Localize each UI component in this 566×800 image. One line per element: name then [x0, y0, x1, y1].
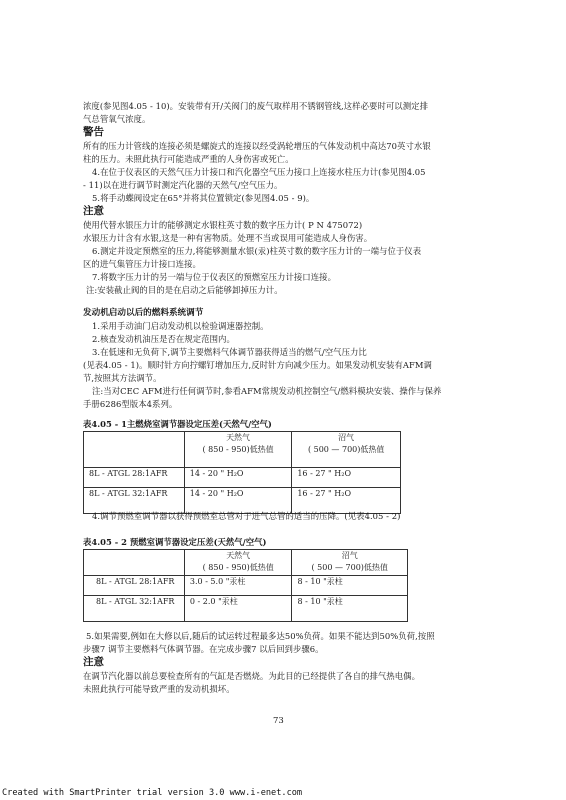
table-cell-biogas: 8 - 10 "汞柱: [292, 576, 408, 596]
header-heat-value: ( 500 — 700)低热值: [297, 444, 395, 456]
intro-line: 气总管氧气浓度。: [83, 113, 483, 125]
page-number: 73: [273, 716, 284, 726]
warning-line: 所有的压力计管线的连接必须是螺旋式的连接以经受涡轮增压的气体发动机中高达70英寸…: [83, 140, 483, 152]
table-cell-natural-gas: 3.0 - 5.0 "汞柱: [184, 576, 292, 596]
header-gas-type: 天然气: [190, 550, 287, 562]
step-line: - 11)以在进行调节时测定汽化器的天然气/空气压力。: [83, 179, 483, 191]
section-line: 注:当对CEC AFM进行任何调节时,参看AFM常规发动机控制空气/燃料模块安装…: [92, 385, 492, 397]
section-line: 手册6286型版本4系列。: [83, 398, 483, 410]
caution-line: 使用代替水银压力计的能够测定水银柱英寸数的数字压力计( P N 475072): [83, 219, 483, 231]
table1-caption: 表4.05 - 1主燃烧室调节器设定压差(天然气/空气): [83, 418, 272, 430]
table-header-cell: 沼气 ( 500 — 700)低热值: [292, 550, 408, 576]
table-header-cell: [84, 550, 185, 576]
section-line: 节,按照其方法调节。: [83, 372, 483, 384]
table-row: 8L - ATGL 28:1AFR 3.0 - 5.0 "汞柱 8 - 10 "…: [84, 576, 408, 596]
table2-caption: 表4.05 - 2 预燃室调节器设定压差(天然气/空气): [83, 536, 266, 548]
caution-line: 水银压力计含有水银,这是一种有害物质。处理不当或误用可能造成人身伤害。: [83, 232, 483, 244]
table-header-row: 天然气 ( 850 - 950)低热值 沼气 ( 500 — 700)低热值: [84, 432, 401, 468]
table-cell-model: 8L - ATGL 28:1AFR: [84, 576, 185, 596]
table-header-cell: 天然气 ( 850 - 950)低热值: [184, 550, 292, 576]
table-header-cell: 天然气 ( 850 - 950)低热值: [184, 432, 292, 468]
header-gas-type: 沼气: [297, 550, 402, 562]
section-line: 3.在低速和无负荷下,调节主要燃料气体调节器获得适当的燃气/空气压力比: [92, 346, 492, 358]
table-row: 8L - ATGL 32:1AFR 0 - 2.0 "汞柱 8 - 10 "汞柱: [84, 596, 408, 622]
note-line: 注:安装截止阀的目的是在启动之后能够卸掉压力计。: [86, 284, 486, 296]
warning-heading: 警告: [83, 126, 104, 139]
warning-line: 柱的压力。未照此执行可能造成严重的人身伤害或死亡。: [83, 153, 483, 165]
header-heat-value: ( 850 - 950)低热值: [190, 562, 287, 574]
watermark-text: Created with SmartPrinter trial version …: [2, 788, 302, 798]
caution-line: 在调节汽化器以前总要检查所有的气缸是否燃烧。为此目的已经提供了各自的排气热电偶。: [83, 670, 483, 682]
header-gas-type: 天然气: [190, 432, 287, 444]
table-cell-natural-gas: 0 - 2.0 "汞柱: [184, 596, 292, 622]
caution-heading: 注意: [83, 205, 104, 218]
step-line: 4.调节预燃室调节器以获得预燃室总管对于进气总管的适当的压降。(见表4.05 -…: [92, 510, 492, 522]
section-heading: 发动机启动以后的燃料系统调节: [83, 307, 203, 319]
header-gas-type: 沼气: [297, 432, 395, 444]
table-header-cell: 沼气 ( 500 — 700)低热值: [292, 432, 401, 468]
caution-line: 未照此执行可能导致严重的发动机损坏。: [83, 683, 483, 695]
table-header-row: 天然气 ( 850 - 950)低热值 沼气 ( 500 — 700)低热值: [84, 550, 408, 576]
step-line: 4.在位于仪表区的天然气压力计接口和汽化器空气压力接口上连接水柱压力计(参见图4…: [92, 166, 492, 178]
table-row: 8L - ATGL 28:1AFR 14 - 20 " H₂O 16 - 27 …: [84, 468, 401, 488]
table-cell-model: 8L - ATGL 32:1AFR: [84, 596, 185, 622]
caution-heading: 注意: [83, 656, 104, 669]
step-line: 区的进气集管压力计接口连接。: [83, 258, 483, 270]
section-line: 2.核查发动机油压是否在规定范围内。: [92, 333, 492, 345]
step-line: 5.如果需要,例如在大修以后,随后的试运转过程最多达50%负荷。如果不能达到50…: [86, 630, 486, 642]
table-cell-model: 8L - ATGL 28:1AFR: [84, 468, 185, 488]
step-line: 5.将手动蝶阀设定在65°并将其位置锁定(参见图4.05 - 9)。: [92, 192, 492, 204]
header-heat-value: ( 500 — 700)低热值: [297, 562, 402, 574]
step-line: 步骤7 调节主要燃料气体调节器。在完成步骤7 以后回到步骤6。: [83, 643, 483, 655]
step-line: 7.将数字压力计的另一端与位于仪表区的预燃室压力计接口连接。: [92, 271, 492, 283]
table-cell-natural-gas: 14 - 20 " H₂O: [184, 468, 292, 488]
section-line: (见表4.05 - 1)。顺时针方向拧螺钉增加压力,反时针方向减少压力。如果发动…: [83, 359, 483, 371]
header-heat-value: ( 850 - 950)低热值: [190, 444, 287, 456]
table-cell-biogas: 16 - 27 " H₂O: [292, 468, 401, 488]
table1: 天然气 ( 850 - 950)低热值 沼气 ( 500 — 700)低热值 8…: [83, 431, 401, 514]
table-cell-biogas: 8 - 10 "汞柱: [292, 596, 408, 622]
table2: 天然气 ( 850 - 950)低热值 沼气 ( 500 — 700)低热值 8…: [83, 549, 408, 622]
table-header-cell: [84, 432, 185, 468]
intro-line: 浓度(参见图4.05 - 10)。安装带有开/关阀门的废气取样用不锈钢管线,这样…: [83, 100, 483, 112]
step-line: 6.测定并设定预燃室的压力,将能够测量水银(汞)柱英寸数的数字压力计的一端与位于…: [92, 245, 492, 257]
section-line: 1.采用手动油门启动发动机以检验调速器控制。: [92, 320, 492, 332]
